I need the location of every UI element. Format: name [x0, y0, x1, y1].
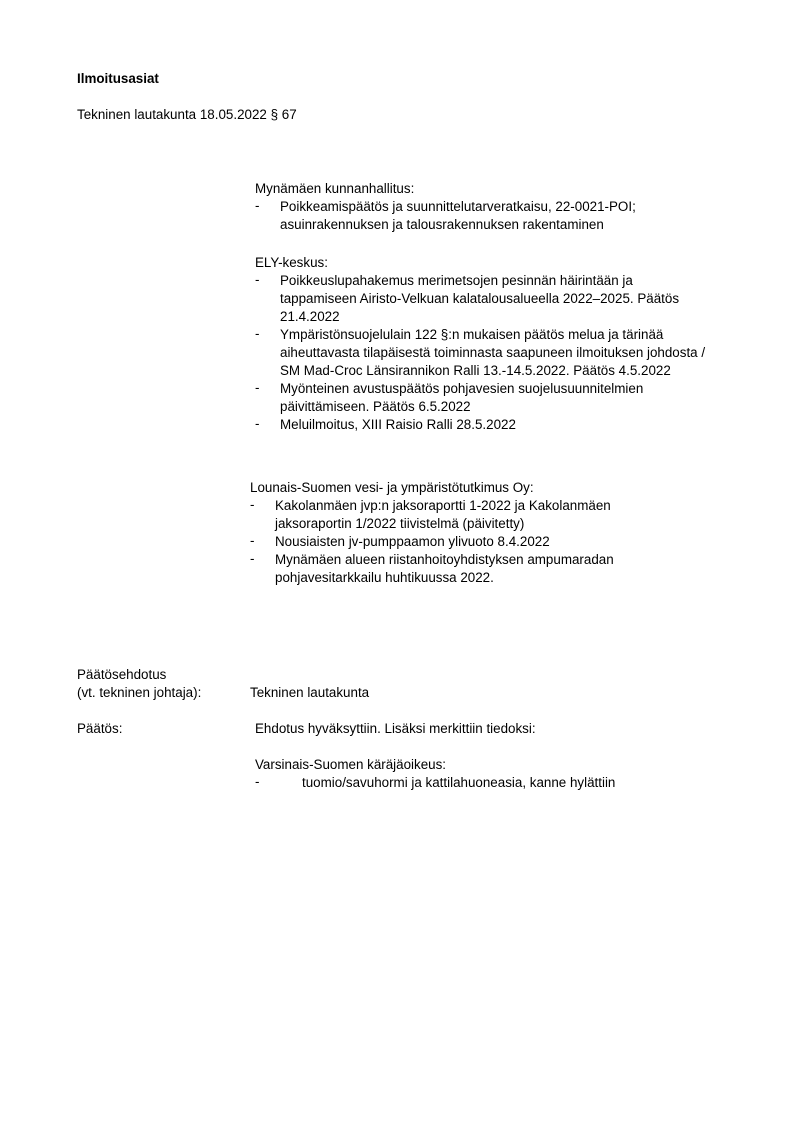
- section-heading: ELY-keskus:: [255, 254, 710, 272]
- bullet-dash: -: [255, 197, 259, 215]
- list-item: -Meluilmoitus, XIII Raisio Ralli 28.5.20…: [255, 416, 710, 434]
- proposal-label: Päätösehdotus: [77, 666, 166, 684]
- bullet-dash: -: [250, 496, 254, 514]
- bullet-dash: -: [255, 773, 259, 791]
- decision-label: Päätös:: [77, 720, 122, 738]
- list-item: -Poikkeamispäätös ja suunnittelutarverat…: [255, 198, 710, 234]
- list-item: -Myönteinen avustuspäätös pohjavesien su…: [255, 380, 710, 416]
- section-ely-keskus: ELY-keskus: -Poikkeuslupahakemus merimet…: [255, 254, 710, 434]
- list-item: -Poikkeuslupahakemus merimetsojen pesinn…: [255, 272, 710, 326]
- section-kunnanhallitus: Mynämäen kunnanhallitus: -Poikkeamispäät…: [255, 180, 710, 234]
- section-heading: Mynämäen kunnanhallitus:: [255, 180, 710, 198]
- list-item: -Kakolanmäen jvp:n jaksoraportti 1-2022 …: [250, 497, 690, 533]
- proposal-value: Tekninen lautakunta: [250, 684, 369, 702]
- proposal-label-role: (vt. tekninen johtaja):: [77, 684, 201, 702]
- bullet-dash: -: [255, 271, 259, 289]
- bullet-dash: -: [250, 532, 254, 550]
- section-heading: Varsinais-Suomen käräjäoikeus:: [255, 756, 710, 774]
- list-item: -Mynämäen alueen riistanhoitoyhdistyksen…: [250, 551, 690, 587]
- decision-value: Ehdotus hyväksyttiin. Lisäksi merkittiin…: [255, 720, 536, 738]
- section-karajaoikeus: Varsinais-Suomen käräjäoikeus: -tuomio/s…: [255, 756, 710, 792]
- bullet-dash: -: [250, 550, 254, 568]
- section-heading: Lounais-Suomen vesi- ja ympäristötutkimu…: [250, 479, 690, 497]
- bullet-dash: -: [255, 379, 259, 397]
- bullet-dash: -: [255, 415, 259, 433]
- meeting-reference: Tekninen lautakunta 18.05.2022 § 67: [77, 106, 297, 124]
- document-title: Ilmoitusasiat: [77, 70, 159, 88]
- bullet-dash: -: [255, 325, 259, 343]
- section-lounais-suomen: Lounais-Suomen vesi- ja ympäristötutkimu…: [250, 479, 690, 587]
- list-item: -tuomio/savuhormi ja kattilahuoneasia, k…: [255, 774, 710, 792]
- list-item: -Ympäristönsuojelulain 122 §:n mukaisen …: [255, 326, 710, 380]
- list-item: -Nousiaisten jv-pumppaamon ylivuoto 8.4.…: [250, 533, 690, 551]
